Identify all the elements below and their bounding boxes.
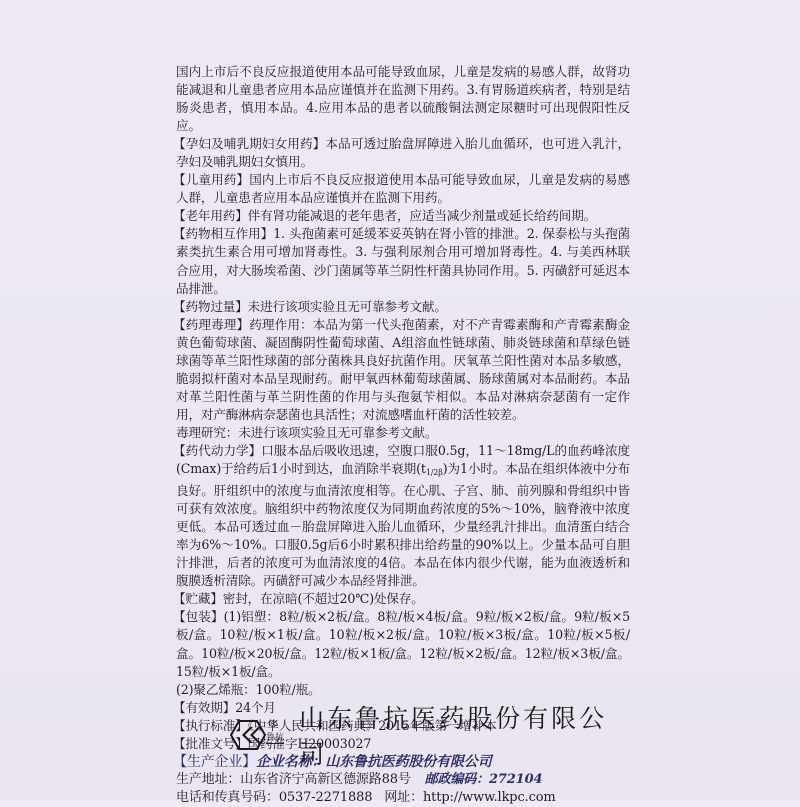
- paragraph-storage: 【贮藏】密封，在凉暗(不超过20℃)处保存。: [176, 590, 630, 608]
- paragraph-packaging: 【包装】(1)铝塑：8粒/板×2板/盒。8粒/板×4板/盒。9粒/板×2板/盒。…: [176, 608, 630, 680]
- logo-text: 鲁抗: [266, 733, 284, 744]
- address-label: 生产地址：: [176, 772, 240, 787]
- phone-label: 电话和传真号码：: [176, 790, 279, 800]
- paragraph-text: 伴有肾功能减退的老年患者，应适当减少剂量或延长给药间期。: [248, 208, 596, 223]
- section-label: 【贮藏】: [173, 591, 223, 606]
- paragraph-pediatric: 【儿童用药】国内上市后不良反应报道使用本品可能导致血尿，儿童是发病的易感人群，儿…: [176, 171, 630, 207]
- section-label: 【老年用药】: [173, 208, 248, 223]
- section-label: 【药理毒理】: [173, 317, 249, 332]
- paragraph-packaging-bottle: (2)聚乙烯瓶：100粒/瓶。: [176, 681, 630, 699]
- postal-code: 272104: [489, 772, 542, 787]
- website-label: 网址：: [384, 790, 423, 800]
- package-insert-page: 国内上市后不良反应报道使用本品可能导致血尿，儿童是发病的易感人群，故肾功能减退和…: [0, 0, 800, 800]
- paragraph-address: 生产地址：山东省济宁高新区德源路88号邮政编码：272104: [176, 771, 630, 789]
- paragraph-text: 密封，在凉暗(不超过20℃)处保存。: [223, 591, 424, 606]
- packaging-bottle: (2)聚乙烯瓶：100粒/瓶。: [176, 682, 321, 697]
- website-link[interactable]: http://www.lkpc.com: [423, 790, 556, 800]
- paragraph-pharmacology: 【药理毒理】药理作用：本品为第一代头孢菌素，对不产青霉素酶和产青霉素酶金黄色葡萄…: [176, 316, 630, 424]
- paragraph-contact: 电话和传真号码：0537-2271888网址：http://www.lkpc.c…: [176, 789, 630, 800]
- lukang-hexagon-icon: [230, 720, 266, 750]
- paragraph-pregnancy: 【孕妇及哺乳期妇女用药】本品可透过胎盘屏障进入胎儿血循环，也可进入乳汁，孕妇及哺…: [176, 135, 630, 171]
- section-label: 【包装】: [173, 609, 224, 624]
- company-footer-name: 山东鲁抗医药股份有限公司: [299, 699, 630, 771]
- paragraph-geriatric: 【老年用药】伴有肾功能减退的老年患者，应适当减少剂量或延长给药间期。: [176, 207, 630, 225]
- paragraph-text: 未进行该项实验且无可靠参考文献。: [248, 299, 447, 314]
- section-label: 【有效期】: [173, 700, 235, 715]
- paragraph-text: 毒理研究：未进行该项实验且无可靠参考文献。: [176, 425, 437, 440]
- paragraph-overdose: 【药物过量】未进行该项实验且无可靠参考文献。: [176, 298, 630, 316]
- paragraph-toxicology: 毒理研究：未进行该项实验且无可靠参考文献。: [176, 424, 630, 442]
- paragraph-caution-continued: 国内上市后不良反应报道使用本品可能导致血尿，儿童是发病的易感人群，故肾功能减退和…: [176, 63, 630, 135]
- lukang-logo: ® 鲁抗: [230, 719, 289, 751]
- half-life-subscript: 1/2β: [426, 468, 443, 477]
- section-label: 【药物过量】: [173, 299, 248, 314]
- paragraph-text: 国内上市后不良反应报道使用本品可能导致血尿，儿童是发病的易感人群，故肾功能减退和…: [176, 64, 630, 133]
- section-label: 【药代动力学】: [173, 443, 261, 458]
- section-label: 【孕妇及哺乳期妇女用药】: [173, 136, 325, 151]
- postal-label: 邮政编码：: [425, 772, 489, 787]
- paragraph-text: 24个月: [235, 700, 276, 715]
- section-label: 【儿童用药】: [173, 172, 249, 187]
- address-value: 山东省济宁高新区德源路88号: [240, 772, 410, 787]
- insert-text-block: 国内上市后不良反应报道使用本品可能导致血尿，儿童是发病的易感人群，故肾功能减退和…: [176, 63, 630, 800]
- section-label: 【药物相互作用】: [173, 226, 273, 241]
- paragraph-pharmacokinetics: 【药代动力学】口服本品后吸收迅速，空腹口服0.5g，11～18mg/L的血药峰浓…: [176, 442, 630, 590]
- paragraph-text: 药理作用：本品为第一代头孢菌素，对不产青霉素酶和产青霉素酶金黄色葡萄球菌、凝固酶…: [176, 317, 630, 422]
- packaging-aluminum: (1)铝塑：8粒/板×2板/盒。8粒/板×4板/盒。9粒/板×2板/盒。9粒/板…: [176, 609, 630, 678]
- paragraph-text: )为1小时。本品在组织体液中分布良好。肝组织中的浓度与血清浓度相等。在心肌、子宫…: [176, 461, 630, 588]
- registered-mark: ®: [268, 719, 278, 730]
- section-label: 【生产企业】: [173, 754, 256, 770]
- company-footer: ® 鲁抗 山东鲁抗医药股份有限公司: [230, 718, 630, 752]
- paragraph-interactions: 【药物相互作用】1. 头孢菌素可延缓苯妥英钠在肾小管的排泄。2. 保泰松与头孢菌…: [176, 225, 630, 297]
- phone-value: 0537-2271888: [279, 790, 373, 800]
